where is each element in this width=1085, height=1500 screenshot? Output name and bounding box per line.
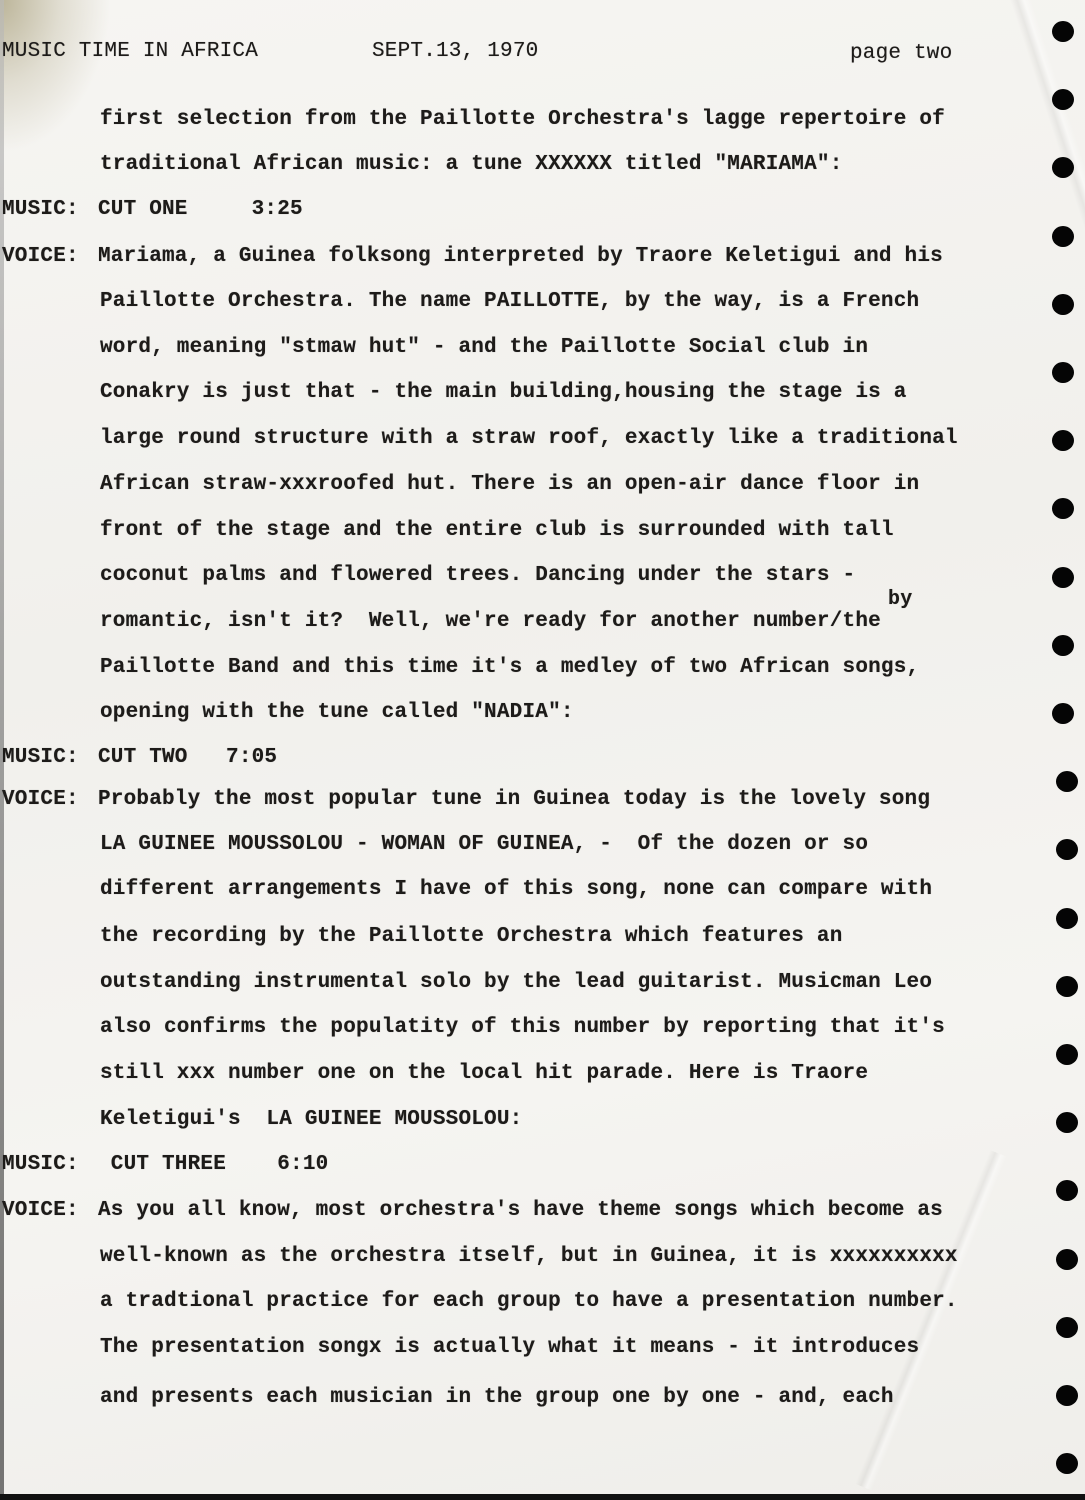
punched-hole (1052, 362, 1074, 383)
script-line: LA GUINEE MOUSSOLOU - WOMAN OF GUINEA, -… (100, 833, 868, 857)
punched-hole (1052, 635, 1074, 656)
paper-crease (1010, 0, 1085, 285)
punched-hole (1056, 771, 1078, 792)
script-line: large round structure with a straw roof,… (100, 427, 958, 451)
punched-hole (1056, 839, 1078, 860)
script-line: well-known as the orchestra itself, but … (100, 1245, 958, 1269)
cue-label: VOICE: (2, 245, 79, 269)
cue-label: MUSIC: (2, 1153, 79, 1177)
script-line: Conakry is just that - the main building… (100, 381, 907, 405)
punched-hole (1052, 430, 1074, 451)
script-line: coconut palms and flowered trees. Dancin… (100, 564, 855, 588)
script-line: African straw-xxxroofed hut. There is an… (100, 473, 919, 497)
punched-hole (1052, 226, 1074, 247)
script-line: first selection from the Paillotte Orche… (100, 108, 945, 132)
script-line: Keletigui's LA GUINEE MOUSSOLOU: (100, 1108, 522, 1132)
punched-hole (1052, 89, 1074, 110)
cue-text: CUT TWO 7:05 (98, 746, 277, 770)
cue-text: As you all know, most orchestra's have t… (98, 1199, 943, 1223)
script-line: word, meaning "stmaw hut" - and the Pail… (100, 336, 868, 360)
script-line: romantic, isn't it? Well, we're ready fo… (100, 610, 881, 634)
script-line: front of the stage and the entire club i… (100, 519, 894, 543)
page-number: page two (850, 42, 952, 66)
program-title: MUSIC TIME IN AFRICA (2, 40, 258, 64)
punched-hole (1056, 1249, 1078, 1270)
punched-hole (1052, 21, 1074, 42)
punched-hole (1052, 567, 1074, 588)
page-bottom-edge (0, 1494, 1085, 1500)
cue-text: Probably the most popular tune in Guinea… (98, 788, 930, 812)
cue-label: MUSIC: (2, 198, 79, 222)
handwritten-insert: by (888, 588, 912, 612)
script-line: Paillotte Orchestra. The name PAILLOTTE,… (100, 290, 919, 314)
punched-hole (1056, 976, 1078, 997)
script-line: outstanding instrumental solo by the lea… (100, 971, 932, 995)
punched-hole (1052, 498, 1074, 519)
cue-text: Mariama, a Guinea folksong interpreted b… (98, 245, 943, 269)
script-date: SEPT.13, 1970 (372, 40, 538, 64)
punched-hole (1056, 1112, 1078, 1133)
script-line: traditional African music: a tune XXXXXX… (100, 153, 843, 177)
cue-label: VOICE: (2, 1199, 79, 1223)
script-line: The presentation songx is actually what … (100, 1336, 919, 1360)
script-line: still xxx number one on the local hit pa… (100, 1062, 868, 1086)
script-line: also confirms the populatity of this num… (100, 1016, 945, 1040)
punched-hole (1056, 1385, 1078, 1406)
script-line: Paillotte Band and this time it's a medl… (100, 656, 919, 680)
cue-text: CUT THREE 6:10 (98, 1153, 328, 1177)
script-line: opening with the tune called "NADIA": (100, 701, 574, 725)
punched-hole (1056, 1317, 1078, 1338)
punched-hole (1052, 703, 1074, 724)
punched-hole (1056, 1180, 1078, 1201)
script-line: different arrangements I have of this so… (100, 878, 932, 902)
cue-label: MUSIC: (2, 746, 79, 770)
punched-hole (1052, 294, 1074, 315)
cue-label: VOICE: (2, 788, 79, 812)
script-line: a tradtional practice for each group to … (100, 1290, 958, 1314)
typewritten-page: MUSIC TIME IN AFRICA SEPT.13, 1970 page … (0, 0, 1085, 1500)
punched-hole (1052, 157, 1074, 178)
script-line: and presents each musician in the group … (100, 1386, 894, 1410)
script-line: the recording by the Paillotte Orchestra… (100, 925, 843, 949)
punched-hole (1056, 908, 1078, 929)
punched-hole (1056, 1453, 1078, 1474)
cue-text: CUT ONE 3:25 (98, 198, 303, 222)
punched-hole (1056, 1044, 1078, 1065)
